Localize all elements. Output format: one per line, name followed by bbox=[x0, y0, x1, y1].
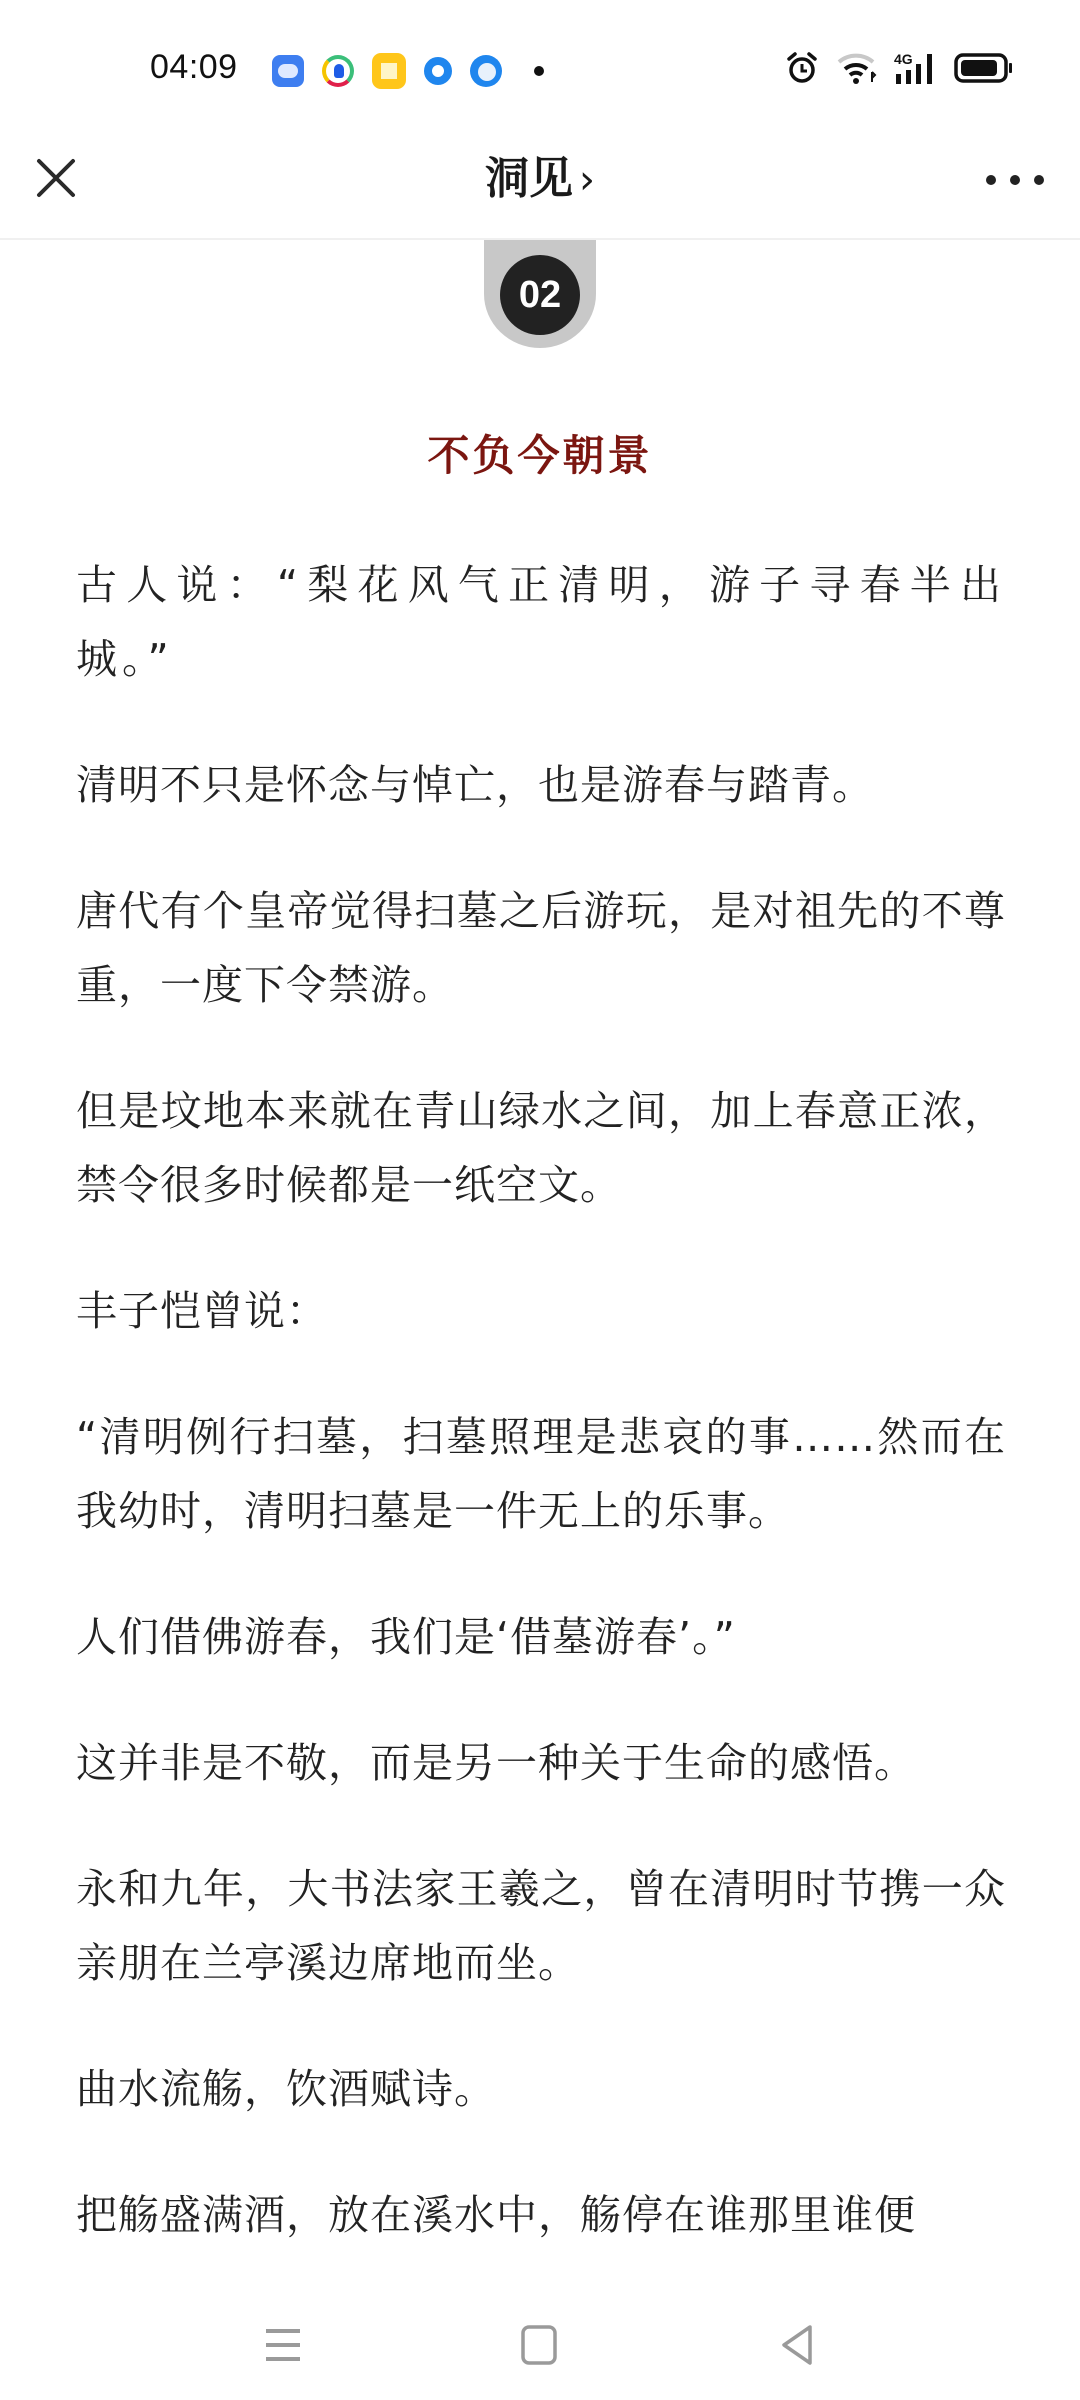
alarm-icon bbox=[784, 50, 820, 86]
paragraph: 永和九年，大书法家王羲之，曾在清明时节携一众亲朋在兰亭溪边席地而坐。 bbox=[76, 1852, 1006, 2000]
more-icon-dot bbox=[1010, 175, 1020, 185]
more-options-button[interactable] bbox=[980, 160, 1050, 200]
status-bar: 04:09 4G bbox=[0, 0, 1080, 130]
account-title-link[interactable]: 洞见› bbox=[0, 144, 1080, 215]
more-icon-dot bbox=[986, 175, 996, 185]
qq-icon bbox=[322, 55, 354, 87]
notification-icons bbox=[272, 53, 544, 89]
system-nav-bar bbox=[0, 2290, 1080, 2400]
section-number: 02 bbox=[500, 255, 580, 335]
account-name: 洞见 bbox=[485, 153, 573, 204]
status-time: 04:09 bbox=[150, 48, 238, 87]
network-label: 4G bbox=[894, 51, 913, 67]
section-title: 不负今朝景 bbox=[0, 426, 1080, 486]
paragraph: 这并非是不敬，而是另一种关于生命的感悟。 bbox=[76, 1726, 1006, 1800]
home-button[interactable] bbox=[505, 2310, 575, 2380]
paragraph: 曲水流觞，饮酒赋诗。 bbox=[76, 2052, 1006, 2126]
reader-book-icon bbox=[372, 53, 406, 89]
system-icons: 4G bbox=[784, 50, 1014, 86]
more-icon-dot bbox=[1034, 175, 1044, 185]
paragraph: 人们借佛游春，我们是‘借墓游春’。” bbox=[76, 1600, 1006, 1674]
paragraph: 唐代有个皇帝觉得扫墓之后游玩，是对祖先的不尊重，一度下令禁游。 bbox=[76, 874, 1006, 1022]
weather-icon bbox=[272, 55, 304, 87]
browser-icon bbox=[470, 55, 502, 87]
wifi-icon bbox=[836, 50, 878, 86]
paragraph: 古人说：“梨花风气正清明，游子寻春半出城。” bbox=[76, 548, 1006, 696]
paragraph: 但是坟地本来就在青山绿水之间，加上春意正浓，禁令很多时候都是一纸空文。 bbox=[76, 1074, 1006, 1222]
battery-icon bbox=[954, 52, 1014, 84]
more-notifications-dot-icon bbox=[534, 66, 544, 76]
paragraph: 丰子恺曾说： bbox=[76, 1274, 1006, 1348]
chevron-right-icon: › bbox=[579, 157, 595, 203]
back-icon bbox=[778, 2324, 818, 2366]
paragraph: “清明例行扫墓，扫墓照理是悲哀的事……然而在我幼时，清明扫墓是一件无上的乐事。 bbox=[76, 1400, 1006, 1548]
4g-signal-icon: 4G bbox=[894, 50, 938, 86]
paragraph: 清明不只是怀念与悼亡，也是游春与踏青。 bbox=[76, 748, 1006, 822]
article-body: 古人说：“梨花风气正清明，游子寻春半出城。” 清明不只是怀念与悼亡，也是游春与踏… bbox=[76, 548, 1006, 2304]
menu-icon bbox=[263, 2325, 303, 2365]
back-button[interactable] bbox=[763, 2310, 833, 2380]
ring-app-icon bbox=[424, 57, 452, 85]
recent-apps-button[interactable] bbox=[248, 2310, 318, 2380]
app-header: 洞见› bbox=[0, 130, 1080, 240]
paragraph: 把觞盛满酒，放在溪水中，觞停在谁那里谁便 bbox=[76, 2178, 1006, 2252]
home-icon bbox=[520, 2324, 560, 2366]
section-number-badge: 02 bbox=[484, 240, 596, 348]
